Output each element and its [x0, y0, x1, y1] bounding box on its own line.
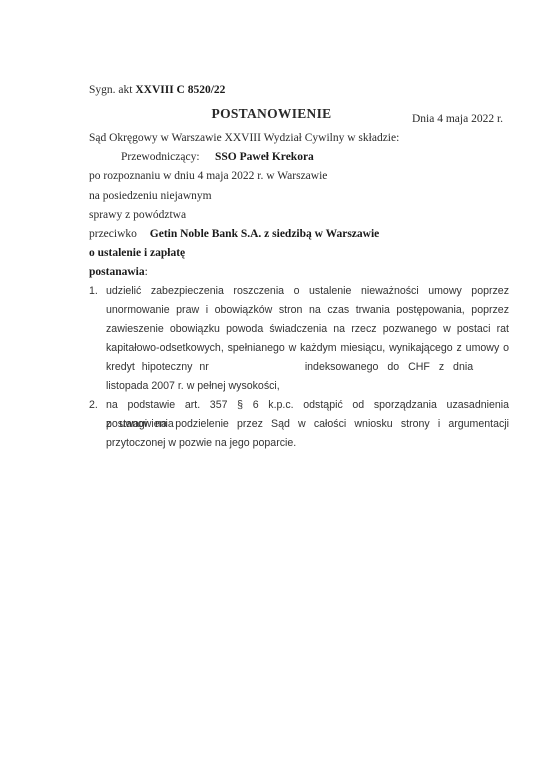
item-text: udzielić zabezpieczenia roszczenia o ust…	[106, 282, 509, 396]
defendant-name: Getin Noble Bank S.A. z siedzibą w Warsz…	[150, 228, 379, 240]
presiding-judge: SSO Paweł Krekora	[215, 150, 314, 164]
presiding-label: Przewodniczący:	[121, 150, 200, 164]
signature-label: Sygn. akt	[89, 84, 132, 96]
case-signature: Sygn. akt XXVIII C 8520/22	[89, 83, 225, 97]
item-text: na podstawie art. 357 § 6 k.p.c. odstąpi…	[106, 396, 509, 453]
item-number: 1.	[89, 282, 98, 301]
document-date: Dnia 4 maja 2022 r.	[412, 112, 503, 126]
case-line: sprawy z powództwa	[89, 208, 186, 222]
decides-heading: postanawia:	[89, 265, 148, 279]
case-subject: o ustalenie i zapłatę	[89, 246, 185, 260]
against-label: przeciwko	[89, 228, 137, 240]
against-line: przeciwko Getin Noble Bank S.A. z siedzi…	[89, 227, 379, 241]
court-decision-page: Sygn. akt XXVIII C 8520/22 POSTANOWIENIE…	[0, 0, 543, 768]
decides-label: postanawia	[89, 266, 145, 278]
court-composition: Sąd Okręgowy w Warszawie XXVIII Wydział …	[89, 131, 399, 145]
hearing-line: po rozpoznaniu w dniu 4 maja 2022 r. w W…	[89, 169, 327, 183]
signature-value: XXVIII C 8520/22	[135, 84, 225, 96]
session-line: na posiedzeniu niejawnym	[89, 189, 212, 203]
item-number: 2.	[89, 396, 98, 415]
